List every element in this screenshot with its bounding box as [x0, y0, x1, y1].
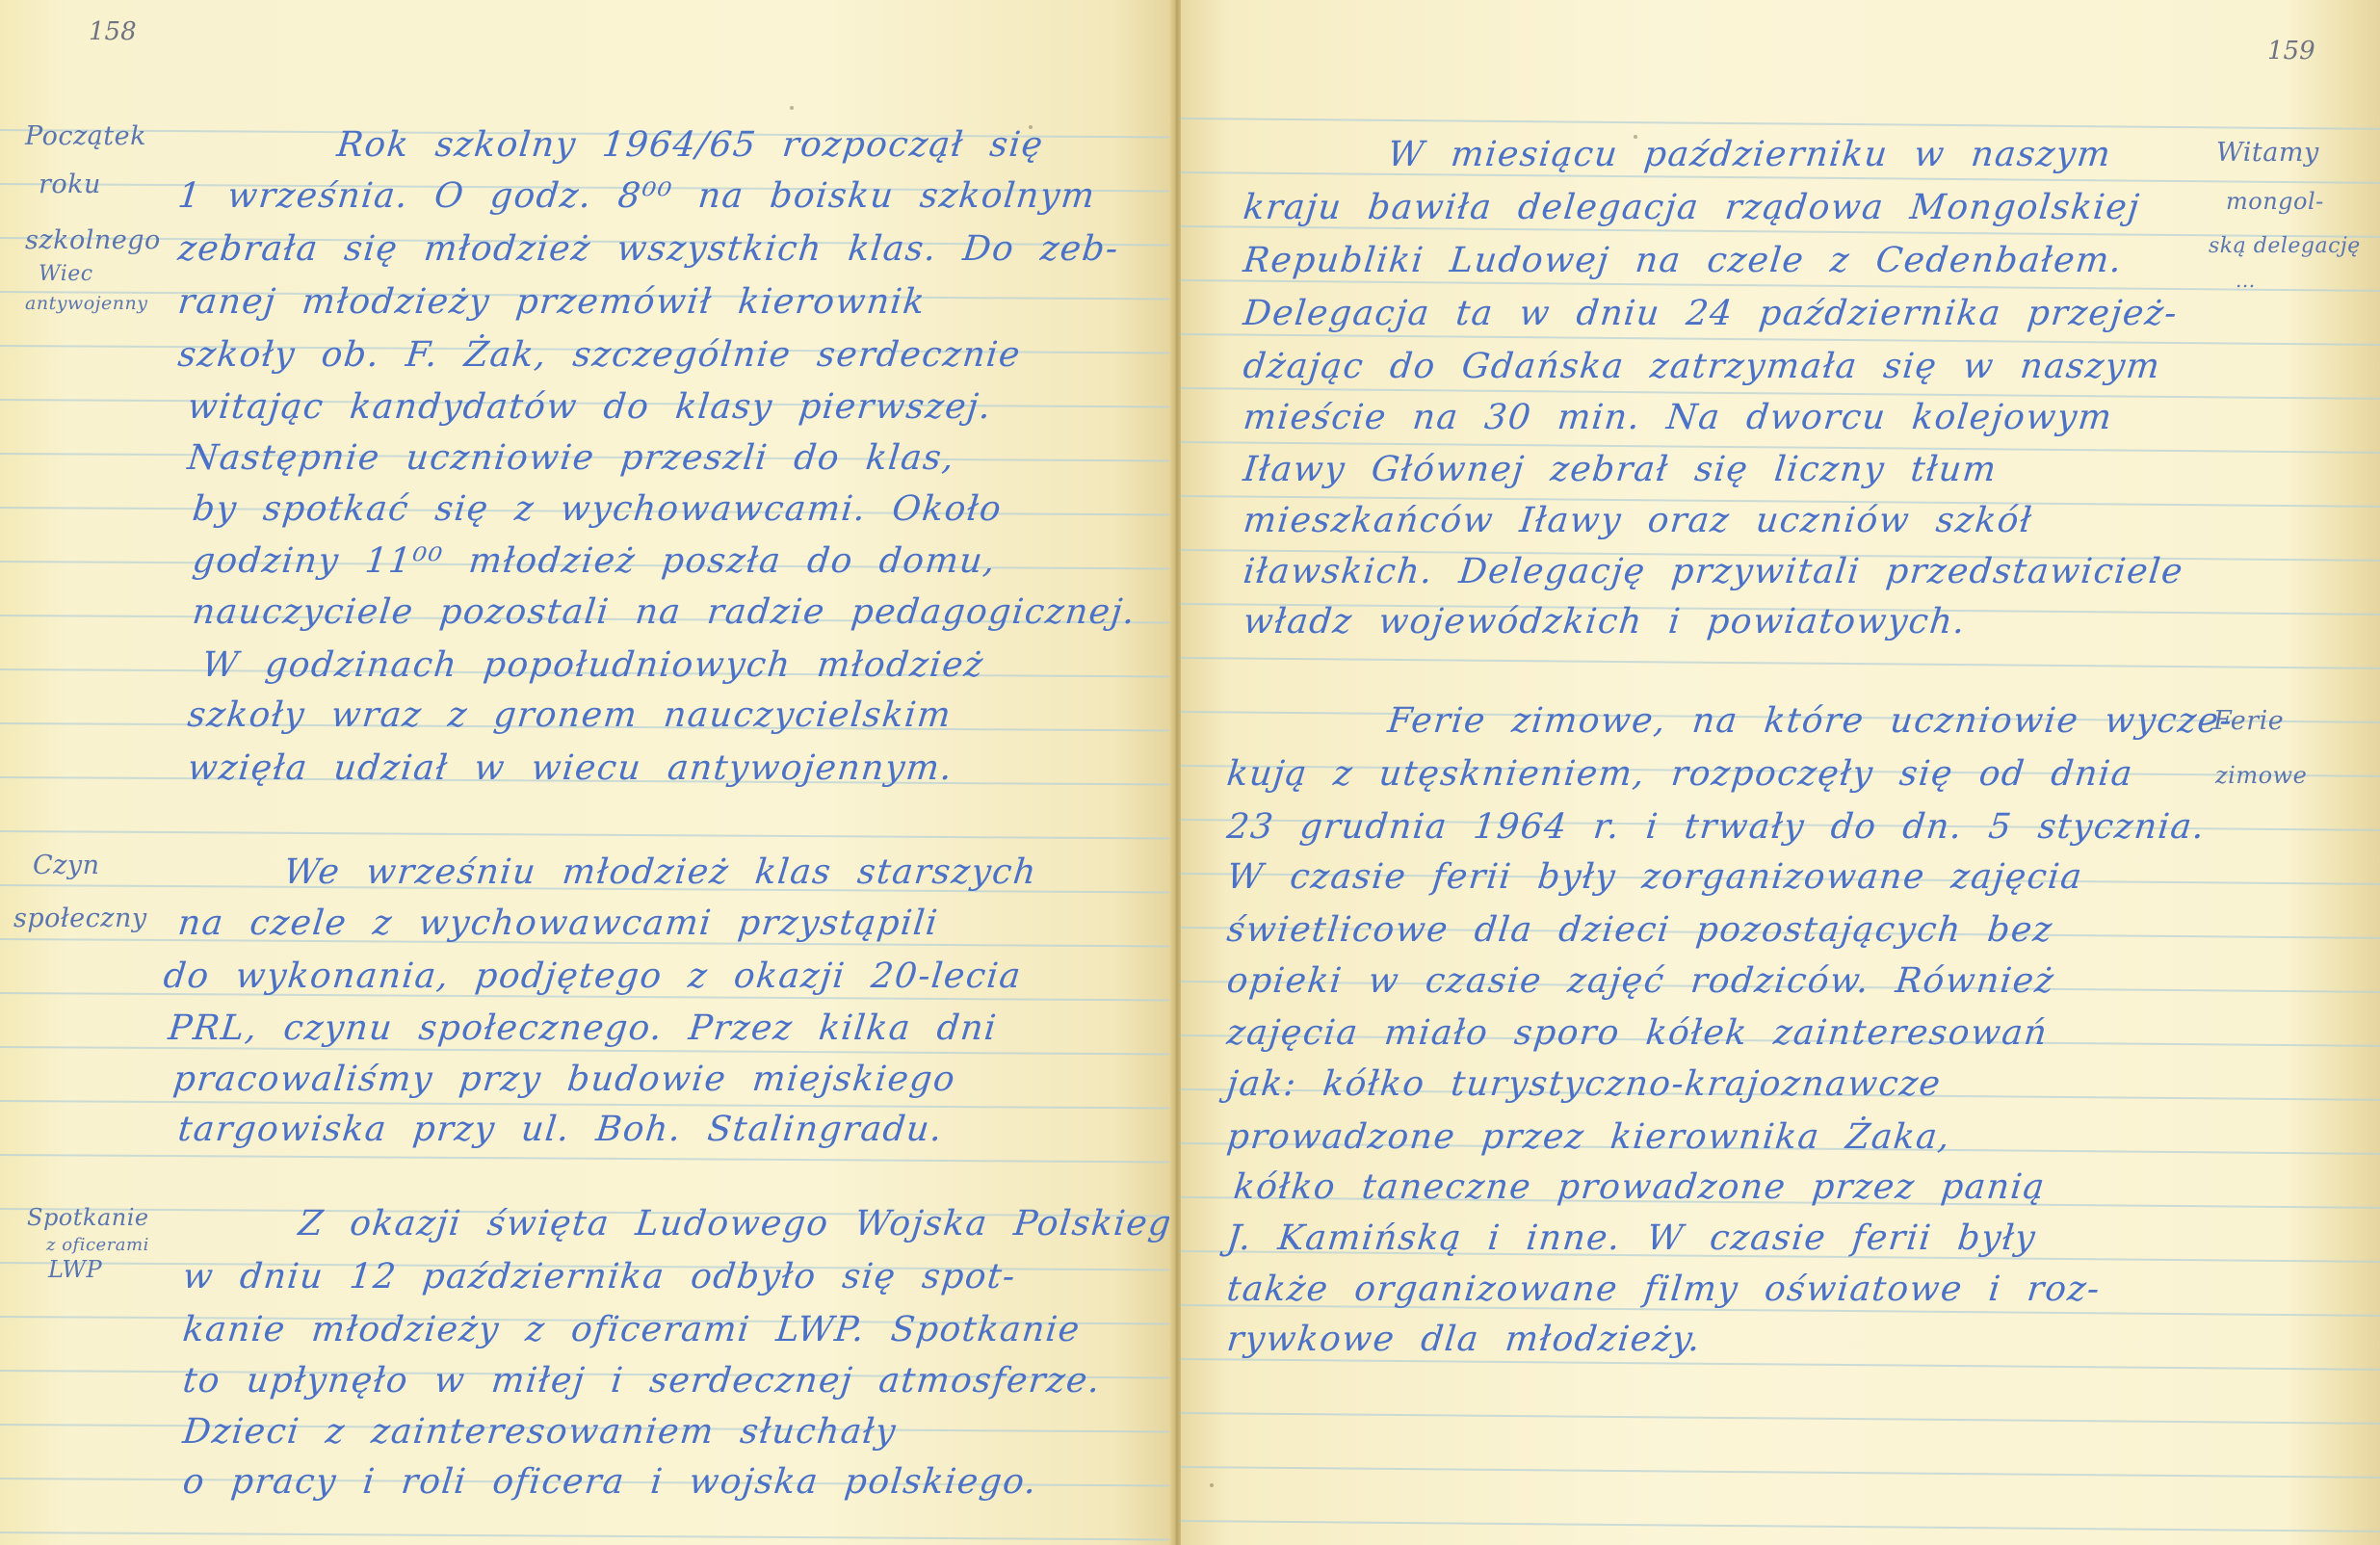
text-line: rywkowe dla młodzieży.: [1225, 1320, 1703, 1359]
text-line: władz wojewódzkich i powiatowych.: [1242, 602, 1968, 642]
text-line: Iławy Głównej zebrał się liczny tłum: [1242, 450, 2000, 489]
ruled-line: [1181, 333, 2380, 346]
text-line: by spotkać się z wychowawcami. Około: [191, 489, 1005, 529]
text-line: opieki w czasie zajęć rodziców. Również: [1225, 961, 2056, 1001]
text-line: mieście na 30 min. Na dworcu kolejowym: [1242, 398, 2115, 437]
text-line: J. Kamińską i inne. W czasie ferii były: [1225, 1218, 2038, 1258]
page-number: 159: [2267, 37, 2315, 65]
notebook-spread: 158 Początek roku szkolnego Wiec antywoj…: [0, 0, 2380, 1545]
text-line: targowiska przy ul. Boh. Stalingradu.: [176, 1110, 945, 1149]
paper-speck: [1634, 135, 1637, 139]
right-page: 159 W miesiącu październiku w naszym kra…: [1181, 0, 2380, 1545]
ruled-line: [0, 830, 1173, 839]
margin-note-meeting-with-officers: Spotkanie z oficerami LWP: [27, 1206, 200, 1312]
text-line: mieszkańców Iławy oraz uczniów szkół: [1242, 501, 2035, 540]
ruled-line: [1181, 1520, 2380, 1532]
ruled-line: [0, 1100, 1173, 1109]
text-line: Rok szkolny 1964/65 rozpoczął się: [335, 125, 1046, 165]
text-line: 23 grudnia 1964 r. i trwały do dn. 5 sty…: [1225, 807, 2208, 847]
text-line: iławskich. Delegację przywitali przedsta…: [1242, 552, 2185, 591]
ruled-line: [0, 1532, 1173, 1540]
text-line: W czasie ferii były zorganizowane zajęci…: [1225, 857, 2085, 897]
ruled-line: [1181, 1466, 2380, 1479]
margin-note-welcome-mongolian-delegation: Witamy mongol- ską delegację ...: [2216, 140, 2380, 303]
ruled-line: [1181, 279, 2380, 292]
text-line: do wykonania, podjętego z okazji 20-leci…: [162, 956, 1024, 996]
page-number: 158: [89, 17, 137, 46]
text-line: dżając do Gdańska zatrzymała się w naszy…: [1242, 347, 2162, 386]
text-line: Następnie uczniowie przeszli do klas,: [186, 438, 957, 478]
text-line: zebrała się młodzież wszystkich klas. Do…: [176, 229, 1121, 269]
ruled-line: [1181, 118, 2380, 130]
text-line: Delegacja ta w dniu 24 października prze…: [1242, 294, 2180, 333]
text-line: Dzieci z zainteresowaniem słuchały: [181, 1412, 899, 1452]
text-line: na czele z wychowawcami przystąpili: [176, 903, 941, 943]
margin-note-start-of-school-year: Początek roku szkolnego Wiec antywojenny: [25, 123, 198, 335]
text-line: ranej młodzieży przemówił kierownik: [176, 282, 928, 322]
text-line: Republiki Ludowej na czele z Cedenbałem.: [1242, 241, 2125, 280]
text-line: godziny 11⁰⁰ młodzież poszła do domu,: [191, 541, 998, 581]
text-line: PRL, czynu społecznego. Przez kilka dni: [167, 1008, 999, 1048]
text-line: o pracy i roli oficera i wojska polskieg…: [181, 1462, 1039, 1502]
ruled-line: [1181, 657, 2380, 669]
text-line: We wrześniu młodzież klas starszych: [282, 852, 1039, 892]
text-line: Ferie zimowe, na które uczniowie wycze-: [1386, 701, 2235, 741]
text-line: prowadzone przez kierownika Żaka,: [1225, 1117, 1953, 1157]
text-line: wzięła udział w wiecu antywojennym.: [186, 748, 955, 788]
text-line: W godzinach popołudniowych młodzież: [200, 645, 986, 685]
text-line: kanie młodzieży z oficerami LWP. Spotkan…: [181, 1310, 1083, 1349]
left-page: 158 Początek roku szkolnego Wiec antywoj…: [0, 0, 1173, 1545]
text-line: Z okazji święta Ludowego Wojska Polskieg…: [297, 1204, 1173, 1244]
ruled-line: [1181, 1358, 2380, 1371]
paper-speck: [1210, 1483, 1214, 1487]
text-line: kółko taneczne prowadzone przez panią: [1232, 1167, 2048, 1207]
ruled-line: [0, 1154, 1173, 1163]
text-line: jak: kółko turystyczno-krajoznawcze: [1225, 1064, 1944, 1104]
text-line: W miesiącu październiku w naszym: [1386, 135, 2113, 174]
paper-speck: [790, 106, 794, 110]
text-line: zajęcia miało sporo kółek zainteresowań: [1225, 1013, 2050, 1053]
text-line: witając kandydatów do klasy pierwszej.: [186, 387, 994, 427]
text-line: nauczyciele pozostali na radzie pedagogi…: [191, 592, 1138, 632]
text-line: kują z utęsknieniem, rozpoczęły się od d…: [1225, 754, 2135, 794]
text-line: 1 września. O godz. 8⁰⁰ na boisku szkoln…: [176, 176, 1098, 216]
paper-speck: [1029, 125, 1033, 129]
text-line: szkoły wraz z gronem nauczycielskim: [186, 695, 954, 735]
margin-note-community-work: Czyn społeczny: [33, 852, 196, 958]
text-line: kraju bawiła delegacja rządowa Mongolski…: [1242, 188, 2142, 227]
ruled-line: [1181, 1412, 2380, 1425]
text-line: pracowaliśmy przy budowie miejskiego: [171, 1060, 958, 1099]
text-line: to upłynęło w miłej i serdecznej atmosfe…: [181, 1361, 1103, 1401]
text-line: w dniu 12 października odbyło się spot-: [181, 1257, 1018, 1296]
margin-note-winter-break: Ferie zimowe: [2213, 708, 2367, 814]
text-line: szkoły ob. F. Żak, szczególnie serdeczni…: [176, 335, 1023, 375]
text-line: świetlicowe dla dzieci pozostających bez: [1225, 910, 2055, 950]
text-line: także organizowane filmy oświatowe i roz…: [1225, 1270, 2103, 1309]
